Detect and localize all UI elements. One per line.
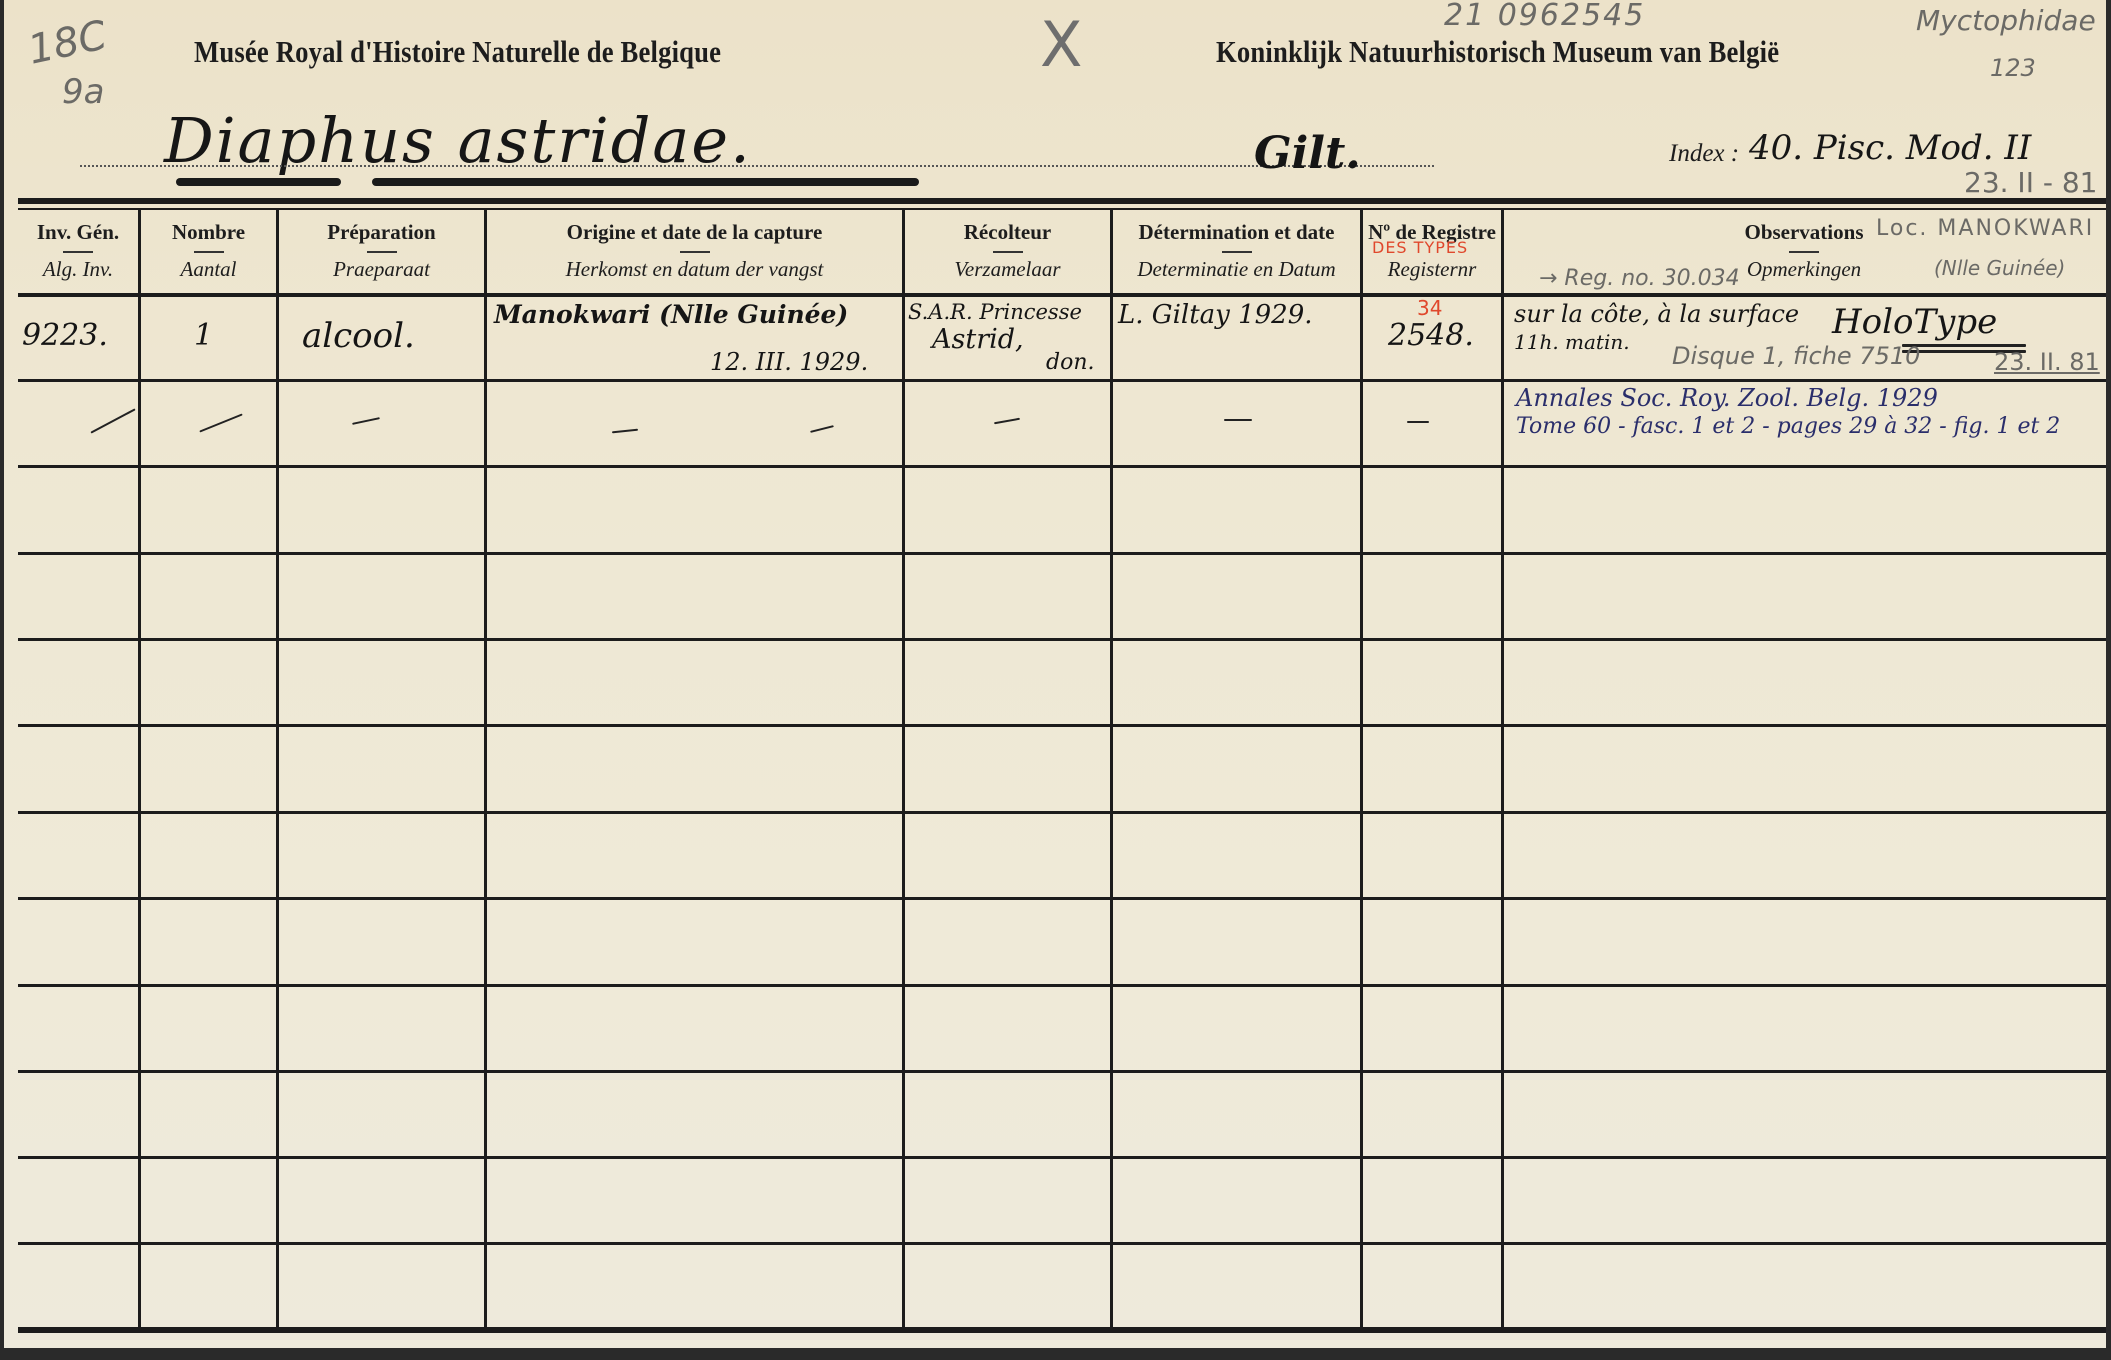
column-header-nombre: Nombre Aantal — [141, 214, 276, 294]
header-nl: Registernr — [1363, 257, 1501, 282]
header-dash — [993, 251, 1023, 253]
row1-observation-date: 23. II. 81 — [1994, 348, 2100, 376]
header-dash — [1789, 251, 1819, 253]
index-label: Index : — [1669, 140, 1739, 168]
column-divider — [902, 210, 905, 1328]
ditto-mark — [1407, 421, 1429, 423]
row1-preparation: alcool. — [302, 316, 415, 356]
species-underline-right — [372, 178, 919, 186]
row1-inv-number: 9223. — [22, 318, 108, 353]
header-nl: Alg. Inv. — [18, 257, 138, 282]
row1-registre-red-number: 34 — [1417, 296, 1442, 320]
museum-name-dutch: Koninklijk Natuurhistorisch Museum van B… — [1216, 34, 1779, 70]
header-nl: Determinatie en Datum — [1113, 257, 1360, 282]
header-dash — [680, 251, 710, 253]
header-nl: Aantal — [141, 257, 276, 282]
ditto-mark — [810, 425, 834, 433]
row-rule — [18, 1070, 2106, 1073]
ditto-mark — [90, 408, 135, 433]
header-fr: Préparation — [279, 220, 484, 245]
row1-observation-line1: sur la côte, à la surface — [1514, 300, 1799, 328]
column-divider — [484, 210, 487, 1328]
row1-registre-number: 2548. — [1388, 318, 1474, 353]
header-nl: Verzamelaar — [905, 257, 1110, 282]
registry-reference-note: → Reg. no. 30.034 — [1539, 266, 1740, 291]
row1-recolteur-line2: Astrid, — [932, 324, 1024, 355]
table-top-thick-rule — [18, 198, 2106, 204]
center-cross-mark: X — [1040, 8, 1082, 81]
family-name: Myctophidae — [1916, 4, 2096, 37]
row-rule — [18, 1156, 2106, 1159]
row1-origine: Manokwari (Nlle Guinée) — [494, 300, 848, 329]
row-rule — [18, 379, 2106, 382]
row1-disque-fiche-note: Disque 1, fiche 7510 — [1672, 342, 1920, 370]
family-number: 123 — [1990, 54, 2036, 82]
ditto-mark — [199, 413, 242, 432]
column-header-recolteur: Récolteur Verzamelaar — [905, 214, 1110, 294]
row-rule — [18, 1242, 2106, 1245]
row-rule — [18, 552, 2106, 555]
row-rule — [18, 638, 2106, 641]
header-dash — [194, 251, 224, 253]
row1-determination: L. Giltay 1929. — [1118, 300, 1313, 330]
column-header-determination: Détermination et date Determinatie en Da… — [1113, 214, 1360, 294]
observations-locality-note: Loc. MANOKWARI — [1876, 216, 2094, 241]
ditto-mark — [352, 417, 380, 425]
header-nl: Herkomst en datum der vangst — [487, 257, 902, 282]
row-rule — [18, 897, 2106, 900]
column-header-preparation: Préparation Praeparaat — [279, 214, 484, 294]
species-underline-left — [176, 178, 341, 186]
header-dash — [1222, 251, 1252, 253]
row1-origine-date: 12. III. 1929. — [710, 348, 868, 376]
header-fr: Origine et date de la capture — [487, 220, 902, 245]
column-header-origine: Origine et date de la capture Herkomst e… — [487, 214, 902, 294]
row-rule — [18, 811, 2106, 814]
column-divider — [138, 210, 141, 1328]
museum-name-french: Musée Royal d'Histoire Naturelle de Belg… — [194, 34, 721, 70]
observations-locality-note-2: (Nlle Guinée) — [1934, 256, 2065, 280]
header-dash — [63, 251, 93, 253]
species-dotted-line — [80, 165, 1434, 167]
header-nl: Praeparaat — [279, 257, 484, 282]
catalog-number: 21 0962545 — [1444, 0, 1645, 33]
header-fr: Récolteur — [905, 220, 1110, 245]
holotype-underline — [1902, 344, 2026, 347]
ditto-mark — [994, 418, 1020, 424]
row1-nombre: 1 — [194, 318, 213, 353]
row2-publication-line1: Annales Soc. Roy. Zool. Belg. 1929 — [1516, 384, 1938, 412]
column-divider — [1501, 210, 1504, 1328]
row2-publication-line2: Tome 60 - fasc. 1 et 2 - pages 29 à 32 -… — [1516, 414, 2060, 439]
column-divider — [1110, 210, 1113, 1328]
index-date: 23. II - 81 — [1964, 166, 2097, 199]
row1-observation-line2: 11h. matin. — [1514, 330, 1630, 354]
row1-holotype: HoloType — [1832, 302, 1997, 342]
corner-number-bottom: 9a — [62, 72, 104, 112]
specimen-card: 18C 9a Musée Royal d'Histoire Naturelle … — [4, 0, 2106, 1348]
header-dash — [367, 251, 397, 253]
row1-recolteur-line3: don. — [1046, 350, 1095, 375]
row-rule — [18, 724, 2106, 727]
column-divider — [1360, 210, 1363, 1328]
author-name: Gilt. — [1254, 128, 1361, 179]
corner-number-top: 18C — [24, 12, 111, 73]
ditto-mark — [612, 429, 638, 434]
types-stamp: DES TYPES — [1372, 238, 1468, 257]
table-bottom-thick-rule — [18, 1327, 2106, 1333]
row-rule — [18, 984, 2106, 987]
header-fr: Inv. Gén. — [18, 220, 138, 245]
header-fr: Détermination et date — [1113, 220, 1360, 245]
column-divider — [276, 210, 279, 1328]
column-header-inv: Inv. Gén. Alg. Inv. — [18, 214, 138, 294]
row1-recolteur-line1: S.A.R. Princesse — [908, 300, 1082, 324]
row-rule — [18, 465, 2106, 468]
ditto-mark — [1224, 419, 1252, 421]
table-top-thin-rule — [18, 208, 2106, 210]
header-fr: Nombre — [141, 220, 276, 245]
index-value: 40. Pisc. Mod. II — [1749, 128, 2031, 168]
